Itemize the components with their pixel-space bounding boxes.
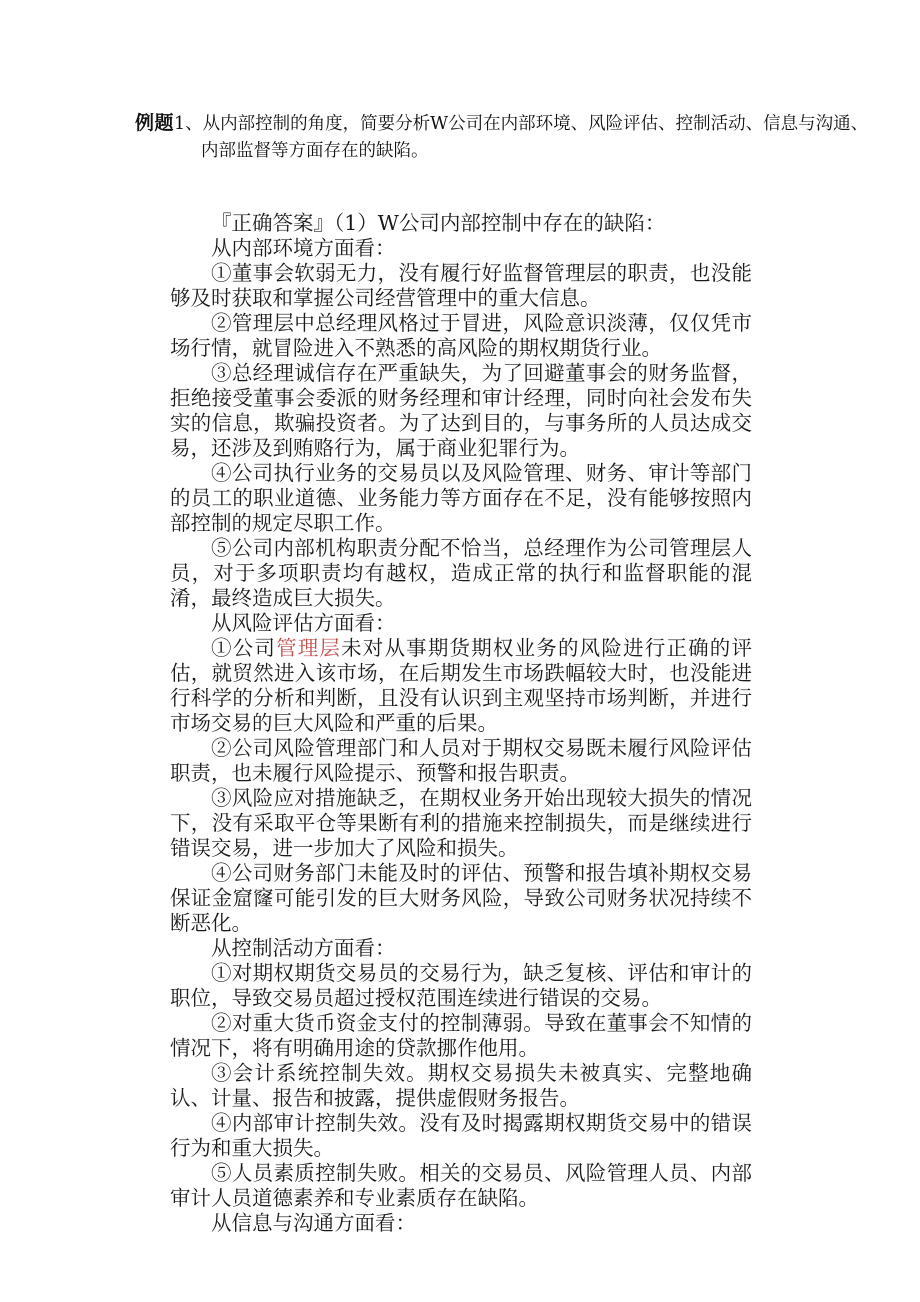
answer-text: ④公司执行业务的交易员以及风险管理、财务、审计等部门的员工的职业道德、业务能力等… bbox=[170, 461, 752, 535]
answer-paragraph: ③风险应对措施缺乏，在期权业务开始出现较大损失的情况下，没有采取平仓等果断有利的… bbox=[170, 786, 752, 861]
answer-text: ③会计系统控制失效。期权交易损失未被真实、完整地确认、计量、报告和披露，提供虚假… bbox=[170, 1061, 752, 1110]
answer-text: ③总经理诚信存在严重缺失，为了回避董事会的财务监督，拒绝接受董事会委派的财务经理… bbox=[170, 361, 752, 460]
answer-paragraph: ④内部审计控制失效。没有及时揭露期权期货交易中的错误行为和重大损失。 bbox=[170, 1111, 752, 1161]
answer-text: ⑤公司内部机构职责分配不恰当，总经理作为公司管理层人员，对于多项职责均有越权，造… bbox=[170, 536, 752, 610]
answer-text-highlighted: 管理层 bbox=[276, 636, 341, 660]
answer-text: 从信息与沟通方面看： bbox=[211, 1211, 416, 1235]
answer-text: ①董事会软弱无力，没有履行好监督管理层的职责，也没能够及时获取和掌握公司经营管理… bbox=[170, 261, 752, 310]
answer-paragraph: ①公司管理层未对从事期货期权业务的风险进行正确的评估，就贸然进入该市场，在后期发… bbox=[170, 636, 752, 736]
question-text: 从内部控制的角度，简要分析W公司在内部环境、风险评估、控制活动、信息与沟通、内部… bbox=[201, 114, 868, 161]
answer-text: 从内部环境方面看： bbox=[211, 236, 396, 260]
answer-text: ⑤人员素质控制失败。相关的交易员、风险管理人员、内部审计人员道德素养和专业素质存… bbox=[170, 1161, 752, 1210]
answer-text: 『正确答案』（1）W公司内部控制中存在的缺陷： bbox=[211, 211, 665, 235]
answer-paragraph: ⑤人员素质控制失败。相关的交易员、风险管理人员、内部审计人员道德素养和专业素质存… bbox=[170, 1161, 752, 1211]
answer-paragraph: ②公司风险管理部门和人员对于期权交易既未履行风险评估职责，也未履行风险提示、预警… bbox=[170, 736, 752, 786]
answer-paragraph: 从控制活动方面看： bbox=[170, 936, 752, 961]
answer-text: 从风险评估方面看： bbox=[211, 611, 396, 635]
document-page: 例题1、从内部控制的角度，简要分析W公司在内部环境、风险评估、控制活动、信息与沟… bbox=[0, 0, 920, 1302]
answer-text: ①公司 bbox=[211, 636, 276, 660]
answer-paragraph: 从风险评估方面看： bbox=[170, 611, 752, 636]
question-number: 1、 bbox=[174, 114, 203, 134]
answer-text: ①对期权期货交易员的交易行为，缺乏复核、评估和审计的职位，导致交易员超过授权范围… bbox=[170, 961, 752, 1010]
question-label: 例题 bbox=[135, 112, 174, 134]
answer-paragraph: ②管理层中总经理风格过于冒进，风险意识淡薄，仅仅凭市场行情，就冒险进入不熟悉的高… bbox=[170, 311, 752, 361]
answer-text: ④内部审计控制失效。没有及时揭露期权期货交易中的错误行为和重大损失。 bbox=[170, 1111, 752, 1160]
answer-paragraph: ③会计系统控制失效。期权交易损失未被真实、完整地确认、计量、报告和披露，提供虚假… bbox=[170, 1061, 752, 1111]
answer-text: ②公司风险管理部门和人员对于期权交易既未履行风险评估职责，也未履行风险提示、预警… bbox=[170, 736, 752, 785]
answer-paragraph: 『正确答案』（1）W公司内部控制中存在的缺陷： bbox=[170, 211, 752, 236]
answer-text: ②对重大货币资金支付的控制薄弱。导致在董事会不知情的情况下，将有明确用途的贷款挪… bbox=[170, 1011, 752, 1060]
answer-paragraph: 从信息与沟通方面看： bbox=[170, 1211, 752, 1236]
answer-paragraph: ①董事会软弱无力，没有履行好监督管理层的职责，也没能够及时获取和掌握公司经营管理… bbox=[170, 261, 752, 311]
answer-paragraph: ④公司执行业务的交易员以及风险管理、财务、审计等部门的员工的职业道德、业务能力等… bbox=[170, 461, 752, 536]
answer-text: 从控制活动方面看： bbox=[211, 936, 396, 960]
answer-paragraph: 从内部环境方面看： bbox=[170, 236, 752, 261]
answer-paragraph: ①对期权期货交易员的交易行为，缺乏复核、评估和审计的职位，导致交易员超过授权范围… bbox=[170, 961, 752, 1011]
answer-text: ②管理层中总经理风格过于冒进，风险意识淡薄，仅仅凭市场行情，就冒险进入不熟悉的高… bbox=[170, 311, 752, 360]
question-title: 例题1、从内部控制的角度，简要分析W公司在内部环境、风险评估、控制活动、信息与沟… bbox=[135, 110, 871, 165]
answer-text: ④公司财务部门未能及时的评估、预警和报告填补期权交易保证金窟窿可能引发的巨大财务… bbox=[170, 861, 752, 935]
answer-text: ③风险应对措施缺乏，在期权业务开始出现较大损失的情况下，没有采取平仓等果断有利的… bbox=[170, 786, 752, 860]
answer-paragraph: ⑤公司内部机构职责分配不恰当，总经理作为公司管理层人员，对于多项职责均有越权，造… bbox=[170, 536, 752, 611]
answer-paragraph: ③总经理诚信存在严重缺失，为了回避董事会的财务监督，拒绝接受董事会委派的财务经理… bbox=[170, 361, 752, 461]
answer-paragraph: ②对重大货币资金支付的控制薄弱。导致在董事会不知情的情况下，将有明确用途的贷款挪… bbox=[170, 1011, 752, 1061]
answer-section: 『正确答案』（1）W公司内部控制中存在的缺陷：从内部环境方面看：①董事会软弱无力… bbox=[170, 211, 752, 1236]
answer-paragraph: ④公司财务部门未能及时的评估、预警和报告填补期权交易保证金窟窿可能引发的巨大财务… bbox=[170, 861, 752, 936]
